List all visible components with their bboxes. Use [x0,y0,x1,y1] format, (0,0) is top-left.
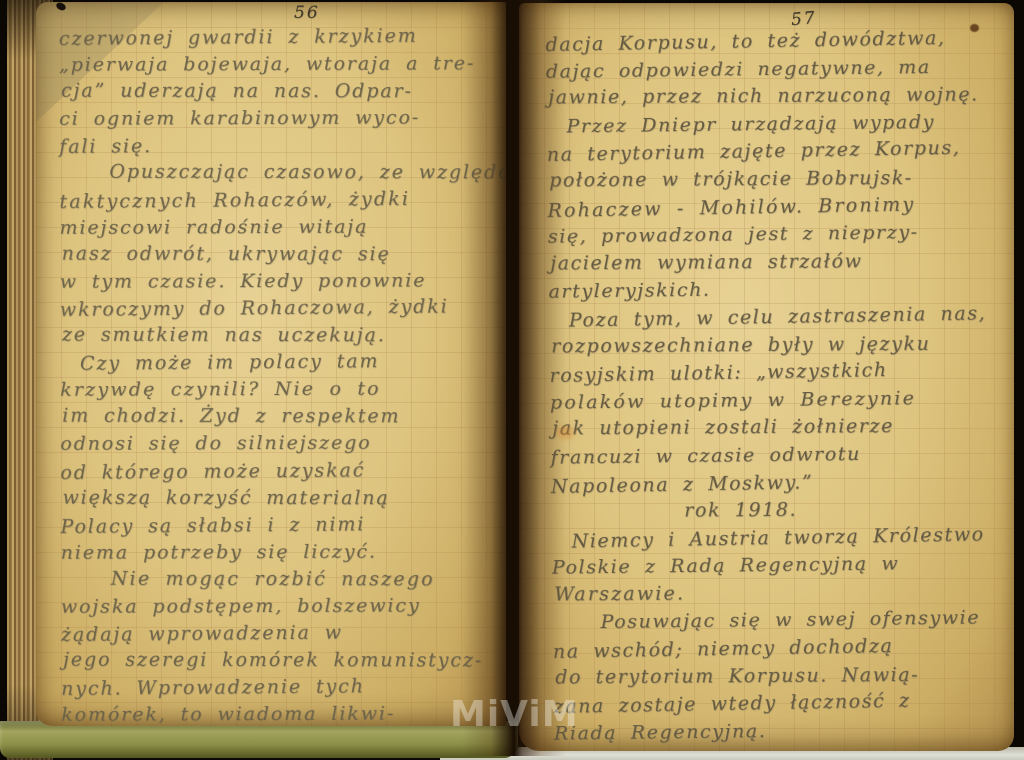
handwritten-line: ci ogniem karabinowym wyco- [59,104,499,133]
handwritten-line: „pierwaja bojewaja, wtoraja a tre- [59,50,499,79]
green-cover-strip [0,721,518,758]
handwritten-line: wojska podstępem, bolszewicy [61,592,501,621]
handwritten-line: Polacy są słabsi i z nimi [60,510,500,541]
handwritten-line: jego szeregi komórek komunistycz- [63,647,503,675]
left-page: 56 czerwonej gwardii z krzykiem„pierwaja… [36,2,506,726]
handwritten-line: fali się. [59,130,499,161]
handwritten-line: jawnie, przez nich narzuconą wojnę. [548,81,1013,112]
handwritten-line: Warszawie. [554,578,1014,609]
handwritten-line: żądają wprowadzenia w [61,618,501,649]
handwritten-line: czerwonej gwardii z krzykiem [59,22,499,53]
handwritten-line: od którego może uzyskać [60,456,500,487]
handwritten-line: nych. Wprowadzenie tych [61,672,501,703]
handwritten-line: jacielem wymiana strzałów [550,247,1014,278]
handwritten-line: cja” uderzają na nas. Odpar- [61,78,501,106]
left-page-text: czerwonej gwardii z krzykiem„pierwaja bo… [36,2,506,726]
right-page-text: dacja Korpusu, to też dowództwa,dając od… [519,3,1014,748]
handwritten-line: Nie mogąc rozbić naszego [63,565,503,593]
handwritten-line: Opuszczając czasowo, ze względów [61,159,501,187]
page-number-right: 57 [790,8,817,30]
handwritten-line: krzywdę czynili? Nie o to [60,375,500,404]
handwritten-line: im chodzi. Żyd z respektem [62,403,502,431]
handwritten-line: jak utopieni zostali żołnierze [552,412,1014,443]
handwritten-line: w tym czasie. Kiedy ponownie [60,267,500,296]
handwritten-line: odnosi się do silniejszego [60,430,500,459]
orange-smudge-stain [556,426,574,439]
brown-spot-stain [970,24,979,32]
right-page: 57 dacja Korpusu, to też dowództwa,dając… [519,3,1014,751]
handwritten-line: Czy może im polacy tam [60,347,500,378]
page-number-left: 56 [294,3,320,23]
handwritten-line: wkroczymy do Rohaczowa, żydki [60,293,500,324]
handwritten-line: większą korzyść materialną [62,484,502,512]
handwritten-line: taktycznych Rohaczów, żydki [59,185,499,216]
handwritten-line: ze smutkiem nas uczekują. [62,322,502,350]
handwritten-line: komórek, to wiadoma likwi- [61,701,501,726]
handwritten-line: miejscowi radośnie witają [59,213,499,242]
handwritten-line: nasz odwrót, ukrywając się [62,240,502,268]
notebook-scan: 56 czerwonej gwardii z krzykiem„pierwaja… [0,0,1024,760]
handwritten-line: niema potrzeby się liczyć. [61,538,501,567]
